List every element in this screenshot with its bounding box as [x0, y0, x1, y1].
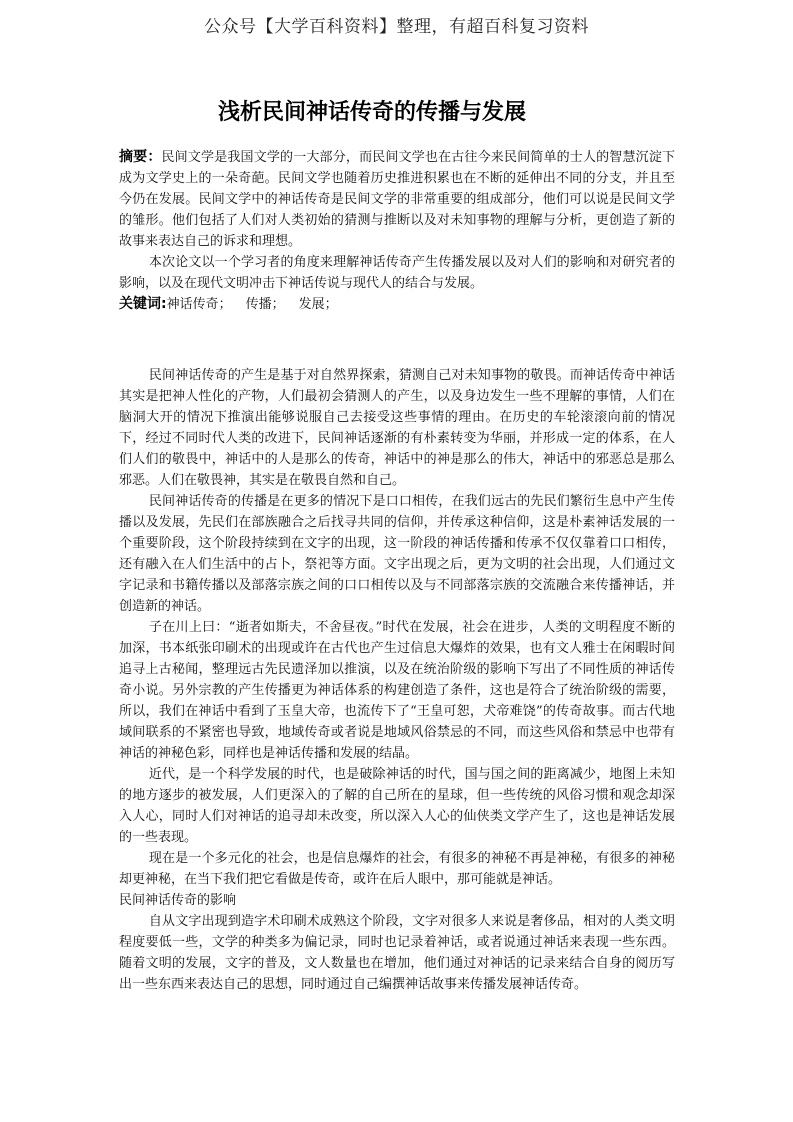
body-paragraph-modern: 近代，是一个科学发展的时代，也是破除神话的时代，国与国之间的距离减少，地图上未知…: [119, 764, 675, 848]
body-paragraph-influence: 自从文字出现到造字术印刷术成熟这个阶段，文字对很多人来说是奢侈品，相对的人类文明…: [119, 911, 675, 995]
abstract-paragraph-2: 本次论文以一个学习者的角度来理解神话传奇产生传播发展以及对人们的影响和对研究者的…: [119, 252, 675, 294]
body-paragraph-origin: 民间神话传奇的产生是基于对自然界探索，猜测自己对未知事物的敬畏。而神话传奇中神话…: [119, 365, 675, 491]
abstract-paragraph-1: 摘要：民间文学是我国文学的一大部分，而民间文学也在古往今来民间简单的士人的智慧沉…: [119, 147, 675, 252]
body-section: 民间神话传奇的产生是基于对自然界探索，猜测自己对未知事物的敬畏。而神话传奇中神话…: [119, 365, 675, 995]
body-paragraph-development: 子在川上曰：“逝者如斯夫，不舍昼夜。”时代在发展，社会在进步，人类的文明程度不断…: [119, 617, 675, 764]
body-paragraph-present: 现在是一个多元化的社会，也是信息爆炸的社会，有很多的神秘不再是神秘，有很多的神秘…: [119, 848, 675, 890]
abstract-label: 摘要：: [119, 149, 162, 165]
section-subheading: 民间神话传奇的影响: [119, 890, 675, 911]
keyword-item: 发展；: [299, 297, 338, 312]
body-paragraph-spread: 民间神话传奇的传播是在更多的情况下是口口相传，在我们远古的先民们繁衍生息中产生传…: [119, 491, 675, 617]
keyword-item: 神话传奇；: [167, 297, 232, 312]
keywords-label: 关键词:: [119, 296, 167, 312]
abstract-text-1: 民间文学是我国文学的一大部分，而民间文学也在古往今来民间简单的士人的智慧沉淀下成…: [119, 150, 675, 249]
keywords-line: 关键词:神话传奇；传播；发展；: [119, 294, 675, 315]
document-title: 浅析民间神话传奇的传播与发展: [0, 95, 744, 126]
keyword-item: 传播；: [246, 297, 285, 312]
header-note: 公众号【大学百科资料】整理，有超百科复习资料: [0, 12, 793, 37]
document-content: 摘要：民间文学是我国文学的一大部分，而民间文学也在古往今来民间简单的士人的智慧沉…: [119, 147, 675, 995]
abstract-section: 摘要：民间文学是我国文学的一大部分，而民间文学也在古往今来民间简单的士人的智慧沉…: [119, 147, 675, 294]
